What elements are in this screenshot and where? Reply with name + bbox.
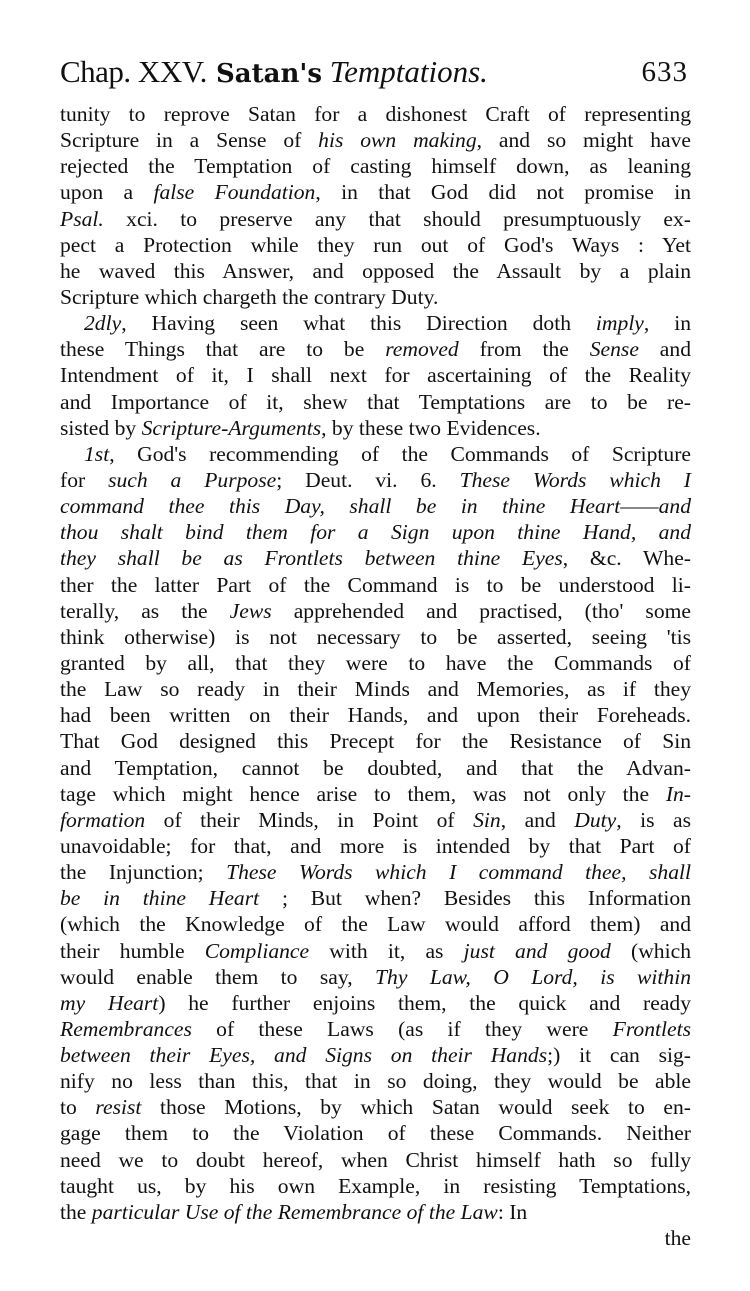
roman-run: , and so might have: [477, 128, 691, 152]
roman-run: (which: [611, 939, 691, 963]
roman-run: with it, as: [309, 939, 464, 963]
catchword: the: [60, 1225, 691, 1251]
italic-run: Frontlets: [613, 1017, 691, 1041]
italic-run: In-: [666, 782, 691, 806]
roman-run: these Things that are to be: [60, 337, 385, 361]
text-line: Scripture which chargeth the contrary Du…: [60, 284, 691, 310]
text-line: formation of their Minds, in Point of Si…: [60, 807, 691, 833]
roman-run: those Motions, by which Satan would seek…: [141, 1095, 691, 1119]
italic-run: particular Use of the Remembrance of the…: [92, 1200, 498, 1224]
running-title-italic: Temptations.: [330, 54, 488, 89]
roman-run: need we to doubt hereof, when Christ him…: [60, 1148, 691, 1172]
text-line: terally, as the Jews apprehended and pra…: [60, 598, 691, 624]
roman-run: ) he further enjoins them, the quick and…: [158, 991, 691, 1015]
text-line: think otherwise) is not necessary to be …: [60, 624, 691, 650]
text-line: Psal. xci. to preserve any that should p…: [60, 206, 691, 232]
roman-run: Intendment of it, I shall next for ascer…: [60, 363, 691, 387]
italic-run: removed: [385, 337, 459, 361]
text-line: command thee this Day, shall be in thine…: [60, 493, 691, 519]
italic-run: Remembrances: [60, 1017, 192, 1041]
text-line: That God designed this Precept for the R…: [60, 728, 691, 754]
roman-run: the Law so ready in their Minds and Memo…: [60, 677, 691, 701]
text-line: upon a false Foundation, in that God did…: [60, 179, 691, 205]
roman-run: (which the Knowledge of the Law would af…: [60, 912, 691, 936]
italic-run: Sin: [473, 808, 501, 832]
roman-run: , by these two Evidences.: [321, 416, 540, 440]
roman-run: tage which might hence arise to them, wa…: [60, 782, 666, 806]
italic-run: resist: [95, 1095, 141, 1119]
italic-run: Duty: [574, 808, 616, 832]
roman-run: apprehended and practised, (tho' some: [272, 599, 691, 623]
running-header: Chap. XXV. Satan's Temptations. 633: [58, 50, 694, 94]
roman-run: gage them to the Violation of these Comm…: [60, 1121, 691, 1145]
roman-run: , and: [501, 808, 575, 832]
text-line: they shall be as Frontlets between thine…: [60, 545, 691, 571]
text-line: tage which might hence arise to them, wa…: [60, 781, 691, 807]
italic-run: Thy Law, O Lord, is within: [375, 965, 691, 989]
roman-run: granted by all, that they were to have t…: [60, 651, 691, 675]
text-line: for such a Purpose; Deut. vi. 6. These W…: [60, 467, 691, 493]
roman-run: , Having seen what this Direction doth: [121, 311, 596, 335]
paragraph: 1st, God's recommending of the Commands …: [60, 441, 691, 1225]
roman-run: sisted by: [60, 416, 142, 440]
book-page: Chap. XXV. Satan's Temptations. 633 tuni…: [58, 0, 694, 1291]
italic-run: Sense: [590, 337, 639, 361]
roman-run: and: [639, 337, 691, 361]
roman-run: That God designed this Precept for the R…: [60, 729, 691, 753]
roman-run: , in that God did not promise in: [315, 180, 691, 204]
italic-run: they shall be as Frontlets between thine…: [60, 546, 563, 570]
roman-run: ther the latter Part of the Command is t…: [60, 573, 691, 597]
roman-run: had been written on their Hands, and upo…: [60, 703, 691, 727]
roman-run: of these Laws (as if they were: [192, 1017, 613, 1041]
text-line: (which the Knowledge of the Law would af…: [60, 911, 691, 937]
roman-run: ;) it can sig-: [547, 1043, 691, 1067]
text-line: their humble Compliance with it, as just…: [60, 938, 691, 964]
italic-run: his own making: [318, 128, 476, 152]
italic-run: Psal.: [60, 207, 104, 231]
text-line: be in thine Heart ; But when? Besides th…: [60, 885, 691, 911]
text-line: had been written on their Hands, and upo…: [60, 702, 691, 728]
roman-run: and Importance of it, shew that Temptati…: [60, 390, 691, 414]
roman-run: and Temptation, cannot be doubted, and t…: [60, 756, 691, 780]
text-line: taught us, by his own Example, in resist…: [60, 1173, 691, 1199]
text-line: the Injunction; These Words which I comm…: [60, 859, 691, 885]
text-line: pect a Protection while they run out of …: [60, 232, 691, 258]
italic-run: formation: [60, 808, 145, 832]
text-line: granted by all, that they were to have t…: [60, 650, 691, 676]
paragraph: 2dly, Having seen what this Direction do…: [60, 310, 691, 441]
roman-run: pect a Protection while they run out of …: [60, 233, 691, 257]
text-line: would enable them to say, Thy Law, O Lor…: [60, 964, 691, 990]
text-line: ther the latter Part of the Command is t…: [60, 572, 691, 598]
text-line: rejected the Temptation of casting himse…: [60, 153, 691, 179]
roman-run: : In: [498, 1200, 527, 1224]
italic-run: 1st: [84, 442, 109, 466]
roman-run: Scripture in a Sense of: [60, 128, 318, 152]
roman-run: to: [60, 1095, 95, 1119]
italic-run: such a Purpose: [108, 468, 276, 492]
roman-run: think otherwise) is not necessary to be …: [60, 625, 691, 649]
roman-run: of their Minds, in Point of: [145, 808, 473, 832]
italic-run: command thee this Day, shall be in thine…: [60, 494, 691, 518]
italic-run: Jews: [230, 599, 272, 623]
text-line: he waved this Answer, and opposed the As…: [60, 258, 691, 284]
italic-run: imply: [596, 311, 644, 335]
text-line: Remembrances of these Laws (as if they w…: [60, 1016, 691, 1042]
text-line: Intendment of it, I shall next for ascer…: [60, 362, 691, 388]
roman-run: , God's recommending of the Commands of …: [109, 442, 691, 466]
roman-run: terally, as the: [60, 599, 230, 623]
roman-run: , in: [644, 311, 691, 335]
text-line: to resist those Motions, by which Satan …: [60, 1094, 691, 1120]
text-line: the Law so ready in their Minds and Memo…: [60, 676, 691, 702]
body-text: tunity to reprove Satan for a dishonest …: [60, 101, 691, 1251]
text-line: these Things that are to be removed from…: [60, 336, 691, 362]
roman-run: ; But when? Besides this Information: [259, 886, 691, 910]
italic-run: 2dly: [84, 311, 121, 335]
text-line: and Importance of it, shew that Temptati…: [60, 389, 691, 415]
roman-run: from the: [459, 337, 590, 361]
text-line: need we to doubt hereof, when Christ him…: [60, 1147, 691, 1173]
text-line: my Heart) he further enjoins them, the q…: [60, 990, 691, 1016]
roman-run: tunity to reprove Satan for a dishonest …: [60, 102, 691, 126]
roman-run: taught us, by his own Example, in resist…: [60, 1174, 691, 1198]
roman-run: their humble: [60, 939, 205, 963]
italic-run: These Words which I command thee, shall: [226, 860, 691, 884]
text-line: sisted by Scripture-Arguments, by these …: [60, 415, 691, 441]
roman-run: , is as: [616, 808, 691, 832]
text-line: Scripture in a Sense of his own making, …: [60, 127, 691, 153]
italic-run: be in thine Heart: [60, 886, 259, 910]
text-line: between their Eyes, and Signs on their H…: [60, 1042, 691, 1068]
paragraph: tunity to reprove Satan for a dishonest …: [60, 101, 691, 310]
roman-run: the Injunction;: [60, 860, 226, 884]
roman-run: unavoidable; for that, and more is inten…: [60, 834, 691, 858]
running-title: Satan's Temptations.: [216, 50, 488, 96]
italic-run: between their Eyes, and Signs on their H…: [60, 1043, 547, 1067]
roman-run: rejected the Temptation of casting himse…: [60, 154, 691, 178]
italic-run: thou shalt bind them for a Sign upon thi…: [60, 520, 691, 544]
text-line: gage them to the Violation of these Comm…: [60, 1120, 691, 1146]
text-line: tunity to reprove Satan for a dishonest …: [60, 101, 691, 127]
roman-run: he waved this Answer, and opposed the As…: [60, 259, 691, 283]
roman-run: ; Deut. vi. 6.: [276, 468, 459, 492]
italic-run: Compliance: [205, 939, 309, 963]
text-line: the particular Use of the Remembrance of…: [60, 1199, 691, 1225]
italic-run: my Heart: [60, 991, 158, 1015]
text-line: and Temptation, cannot be doubted, and t…: [60, 755, 691, 781]
page-number: 633: [642, 50, 689, 94]
italic-run: just and good: [464, 939, 611, 963]
roman-run: the: [60, 1200, 92, 1224]
roman-run: xci. to preserve any that should presump…: [104, 207, 691, 231]
italic-run: false Foundation: [153, 180, 315, 204]
roman-run: , &c. Whe-: [563, 546, 691, 570]
running-title-blackletter: Satan's: [216, 59, 322, 89]
roman-run: Scripture which chargeth the contrary Du…: [60, 285, 438, 309]
italic-run: These Words which I: [460, 468, 691, 492]
chapter-label: Chap. XXV.: [60, 50, 207, 94]
roman-run: upon a: [60, 180, 153, 204]
roman-run: for: [60, 468, 108, 492]
text-line: 1st, God's recommending of the Commands …: [60, 441, 691, 467]
text-line: unavoidable; for that, and more is inten…: [60, 833, 691, 859]
text-line: thou shalt bind them for a Sign upon thi…: [60, 519, 691, 545]
roman-run: would enable them to say,: [60, 965, 375, 989]
text-line: 2dly, Having seen what this Direction do…: [60, 310, 691, 336]
text-line: nify no less than this, that in so doing…: [60, 1068, 691, 1094]
italic-run: Scripture-Arguments: [142, 416, 322, 440]
roman-run: nify no less than this, that in so doing…: [60, 1069, 691, 1093]
